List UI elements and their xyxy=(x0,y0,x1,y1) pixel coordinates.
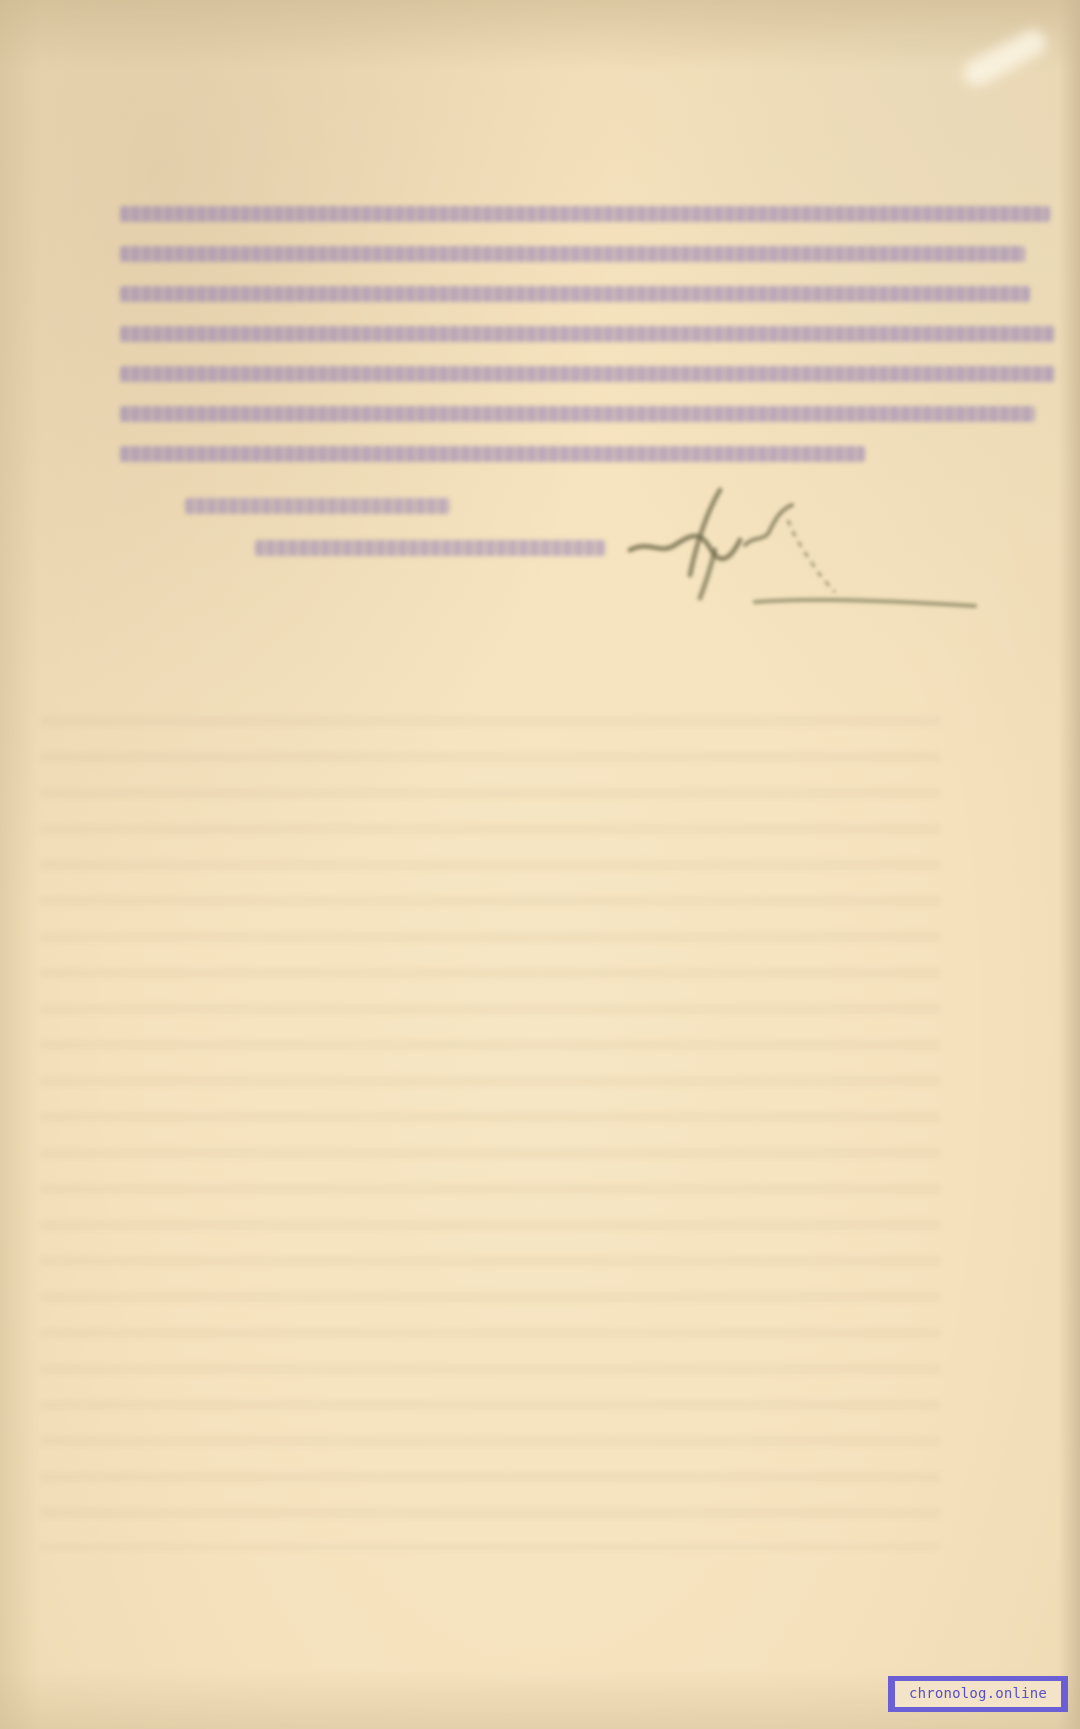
watermark-text: chronolog.online xyxy=(895,1681,1061,1707)
paper-shadow-top xyxy=(0,0,1080,70)
body-line: [illegible typewritten line] xyxy=(120,198,1060,238)
body-line: [illegible typewritten line] xyxy=(120,318,1060,358)
body-line: [illegible typewritten line] xyxy=(120,438,1060,478)
paper-shadow-left xyxy=(0,0,40,1729)
body-line: [illegible typewritten line] xyxy=(120,398,1060,438)
handwritten-signature xyxy=(620,480,1000,630)
body-line: [illegible typewritten line] xyxy=(120,358,1060,398)
document-page: [illegible typewritten line] [illegible … xyxy=(0,0,1080,1729)
body-line: [illegible typewritten line] xyxy=(120,278,1060,318)
closing-line-2: [illegible typewritten line] xyxy=(255,532,605,572)
paper-edge-right xyxy=(1058,0,1080,1729)
body-line: [illegible typewritten line] xyxy=(120,238,1060,278)
faded-reverse-text xyxy=(40,690,940,1550)
watermark-badge: chronolog.online xyxy=(888,1676,1068,1712)
closing-line-1: [illegible typewritten line] xyxy=(185,490,445,530)
typewritten-body: [illegible typewritten line] [illegible … xyxy=(120,198,1060,478)
